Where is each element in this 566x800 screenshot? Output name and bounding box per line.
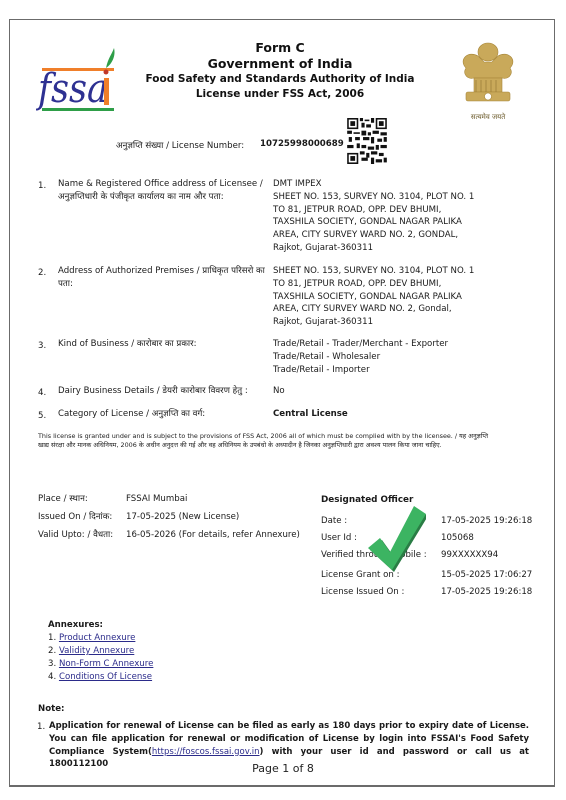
detail-value-line: Trade/Retail - Wholesaler <box>273 351 493 364</box>
annexure-link[interactable]: Validity Annexure <box>59 646 134 656</box>
foscos-link[interactable]: https://foscos.fssai.gov.in <box>152 747 260 757</box>
detail-value: DMT IMPEXSHEET NO. 153, SURVEY NO. 3104,… <box>273 178 493 255</box>
annexure-item: 3. Non-Form C Annexure <box>48 659 153 669</box>
officer-field-value: 99XXXXXX94 <box>441 550 498 560</box>
detail-number: 4. <box>38 388 46 398</box>
page-number: Page 1 of 8 <box>0 762 566 775</box>
issued-on-label: Issued On / दिनांक: <box>38 508 113 526</box>
detail-value-line: Rajkot, Gujarat-360311 <box>273 316 493 329</box>
document-header: Form C Government of India Food Safety a… <box>130 40 430 102</box>
detail-value: Central License <box>273 408 493 421</box>
checkmark-icon <box>364 504 426 572</box>
annexure-number: 4. <box>48 672 56 682</box>
detail-label: Name & Registered Office address of Lice… <box>58 178 268 204</box>
detail-value-line: AREA, CITY SURVEY WARD NO. 2, GONDAL, <box>273 229 493 242</box>
detail-label: Category of License / अनुज्ञप्ति का वर्ग… <box>58 408 268 421</box>
detail-value-line: No <box>273 385 493 398</box>
officer-field-label: Date : <box>321 516 347 526</box>
grant-statement: This license is granted under and is sub… <box>38 432 493 449</box>
detail-value-line: TAXSHILA SOCIETY, GONDAL NAGAR PALIKA <box>273 291 493 304</box>
license-number-value: 10725998000689 <box>260 139 344 149</box>
svg-text:fssa: fssa <box>36 66 108 112</box>
act-title: License under FSS Act, 2006 <box>130 87 430 102</box>
annexure-item: 4. Conditions Of License <box>48 672 152 682</box>
detail-value-line: TO 81, JETPUR ROAD, OPP. DEV BHUMI, <box>273 204 493 217</box>
officer-field-label: User Id : <box>321 533 357 543</box>
officer-field-value: 17-05-2025 19:26:18 <box>441 516 532 526</box>
annexure-link[interactable]: Non-Form C Annexure <box>59 659 153 669</box>
emblem-caption: सत्यमेव जयते <box>448 113 528 122</box>
valid-upto-label: Valid Upto: / वैधता: <box>38 526 113 544</box>
detail-number: 5. <box>38 411 46 421</box>
detail-value-line: TAXSHILA SOCIETY, GONDAL NAGAR PALIKA <box>273 216 493 229</box>
detail-value: SHEET NO. 153, SURVEY NO. 3104, PLOT NO.… <box>273 265 493 329</box>
valid-upto-value: 16-05-2026 (For details, refer Annexure) <box>126 526 300 544</box>
annexure-item: 1. Product Annexure <box>48 633 135 643</box>
note-number: 1. <box>37 722 45 732</box>
fssai-logo: fssa <box>36 38 116 118</box>
officer-field-value: 17-05-2025 19:26:18 <box>441 587 532 597</box>
issue-values: FSSAI Mumbai 17-05-2025 (New License) 16… <box>126 490 300 544</box>
detail-label: Address of Authorized Premises / प्राधिक… <box>58 265 268 291</box>
detail-number: 1. <box>38 181 46 191</box>
officer-field-value: 105068 <box>441 533 474 543</box>
detail-number: 2. <box>38 268 46 278</box>
detail-value-line: Trade/Retail - Trader/Merchant - Exporte… <box>273 338 493 351</box>
detail-value-line: Trade/Retail - Importer <box>273 364 493 377</box>
annexure-item: 2. Validity Annexure <box>48 646 134 656</box>
detail-value-line: TO 81, JETPUR ROAD, OPP. DEV BHUMI, <box>273 278 493 291</box>
note-title: Note: <box>38 704 64 714</box>
annexure-number: 3. <box>48 659 56 669</box>
detail-value-line: Central License <box>273 408 493 421</box>
detail-value-line: DMT IMPEX <box>273 178 493 191</box>
government-title: Government of India <box>130 56 430 72</box>
officer-field-value: 15-05-2025 17:06:27 <box>441 570 532 580</box>
detail-value-line: AREA, CITY SURVEY WARD NO. 2, Gondal, <box>273 303 493 316</box>
place-label: Place / स्थान: <box>38 490 113 508</box>
detail-value-line: Rajkot, Gujarat-360311 <box>273 242 493 255</box>
place-value: FSSAI Mumbai <box>126 490 300 508</box>
detail-value: Trade/Retail - Trader/Merchant - Exporte… <box>273 338 493 376</box>
detail-value-line: SHEET NO. 153, SURVEY NO. 3104, PLOT NO.… <box>273 265 493 278</box>
detail-value: No <box>273 385 493 398</box>
detail-number: 3. <box>38 341 46 351</box>
issue-labels: Place / स्थान: Issued On / दिनांक: Valid… <box>38 490 113 544</box>
annexure-link[interactable]: Product Annexure <box>59 633 135 643</box>
emblem-icon <box>448 38 528 110</box>
form-title: Form C <box>130 40 430 56</box>
detail-label: Dairy Business Details / डेयरी कारोबार व… <box>58 385 268 398</box>
authority-title: Food Safety and Standards Authority of I… <box>130 72 430 87</box>
annexure-number: 1. <box>48 633 56 643</box>
national-emblem: सत्यमेव जयते <box>448 38 528 122</box>
detail-label: Kind of Business / कारोबार का प्रकार: <box>58 338 268 351</box>
detail-value-line: SHEET NO. 153, SURVEY NO. 3104, PLOT NO.… <box>273 191 493 204</box>
issued-on-value: 17-05-2025 (New License) <box>126 508 300 526</box>
annexure-number: 2. <box>48 646 56 656</box>
officer-field-label: License Issued On : <box>321 587 404 597</box>
annexure-link[interactable]: Conditions Of License <box>59 672 152 682</box>
qr-code-icon[interactable] <box>347 118 387 164</box>
license-number-label: अनुज्ञप्ति संख्या / License Number: <box>116 139 244 151</box>
annexures-title: Annexures: <box>48 620 103 630</box>
